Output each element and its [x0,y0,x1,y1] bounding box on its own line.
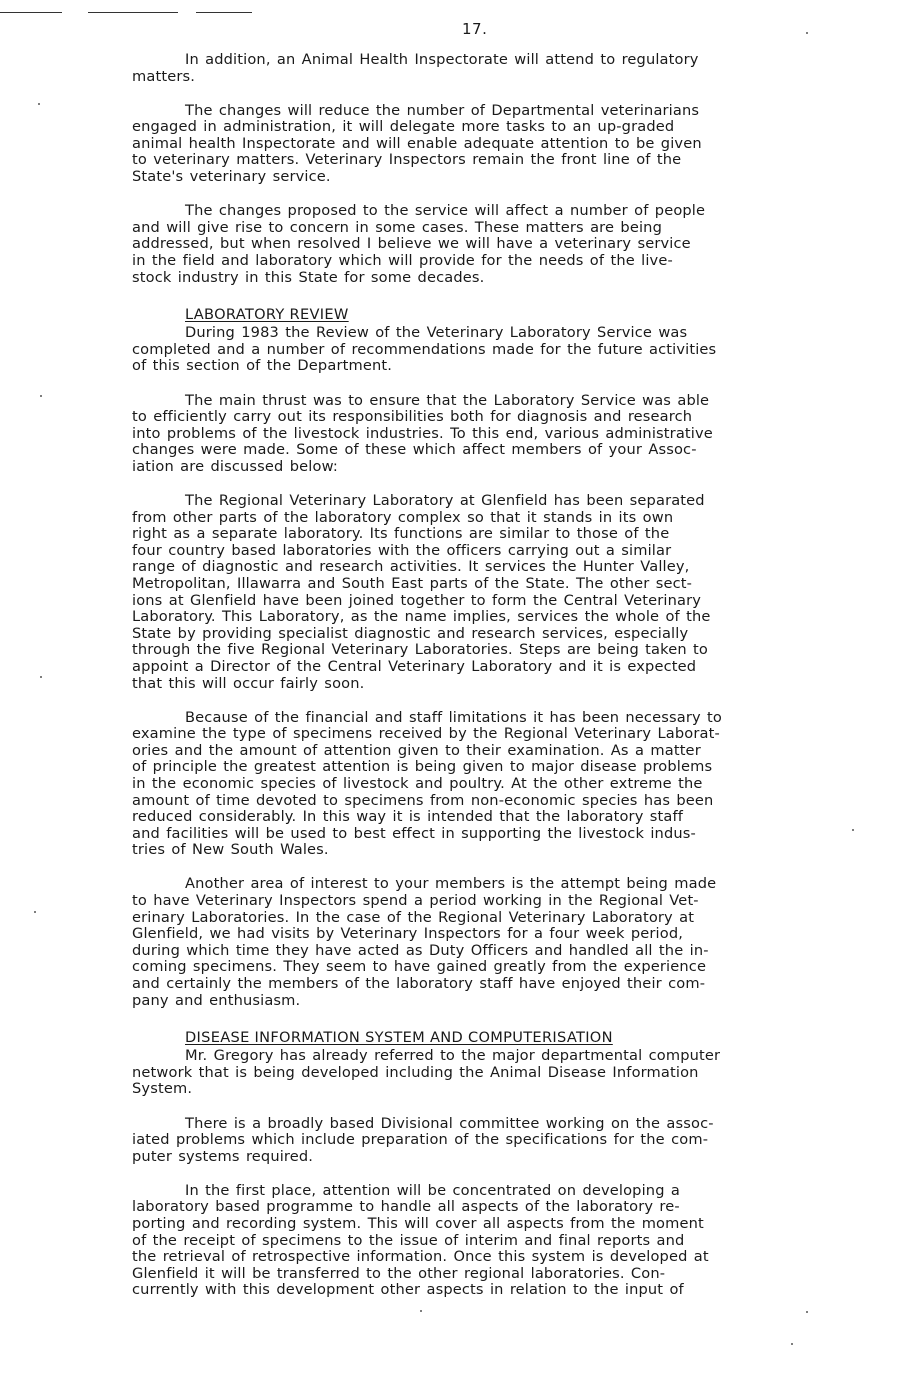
text-line: State by providing specialist diagnostic… [132,626,852,643]
scan-speck [806,32,808,34]
text-line: in the field and laboratory which will p… [132,253,852,270]
text-line: range of diagnostic and research activit… [132,559,852,576]
text-line: laboratory based programme to handle all… [132,1199,852,1216]
scan-speck [40,676,42,678]
text-line: matters. [132,69,852,86]
paragraph: The changes proposed to the service will… [132,203,852,286]
text-line: State's veterinary service. [132,169,852,186]
text-line: during which time they have acted as Dut… [132,943,852,960]
text-line: During 1983 the Review of the Veterinary… [132,325,852,342]
text-line: pany and enthusiasm. [132,993,852,1010]
section-heading: LABORATORY REVIEW [185,307,349,324]
paragraph: There is a broadly based Divisional comm… [132,1116,852,1166]
text-line: In the first place, attention will be co… [132,1183,852,1200]
scan-speck [38,103,40,105]
scan-speck [40,395,42,397]
text-line: Because of the financial and staff limit… [132,710,852,727]
text-line: The main thrust was to ensure that the L… [132,393,852,410]
section-heading: DISEASE INFORMATION SYSTEM AND COMPUTERI… [185,1030,613,1047]
scan-top-rule-1 [0,12,62,13]
scan-top-rule-3 [196,12,252,13]
text-line: the retrieval of retrospective informati… [132,1249,852,1266]
paragraph: Because of the financial and staff limit… [132,710,852,859]
text-line: reduced considerably. In this way it is … [132,809,852,826]
paragraph: In the first place, attention will be co… [132,1183,852,1299]
text-line: in the economic species of livestock and… [132,776,852,793]
text-line: iation are discussed below: [132,459,852,476]
text-line: iated problems which include preparation… [132,1132,852,1149]
text-line: and certainly the members of the laborat… [132,976,852,993]
text-line: changes were made. Some of these which a… [132,442,852,459]
scan-speck [852,829,854,831]
text-line: Metropolitan, Illawarra and South East p… [132,576,852,593]
text-line: examine the type of specimens received b… [132,726,852,743]
text-line: through the five Regional Veterinary Lab… [132,642,852,659]
text-line: There is a broadly based Divisional comm… [132,1116,852,1133]
scan-speck [806,1311,808,1313]
text-line: animal health Inspectorate and will enab… [132,136,852,153]
text-line: Laboratory. This Laboratory, as the name… [132,609,852,626]
text-line: engaged in administration, it will deleg… [132,119,852,136]
page-number: 17. [462,20,487,38]
text-line: and will give rise to concern in some ca… [132,220,852,237]
text-line: System. [132,1081,852,1098]
text-line: Glenfield it will be transferred to the … [132,1266,852,1283]
scan-speck [420,1310,422,1312]
text-line: erinary Laboratories. In the case of the… [132,910,852,927]
text-line: to efficiently carry out its responsibil… [132,409,852,426]
text-line: puter systems required. [132,1149,852,1166]
paragraph: Another area of interest to your members… [132,876,852,1009]
text-line: four country based laboratories with the… [132,543,852,560]
scan-top-rule-2 [88,12,178,13]
paragraph: The main thrust was to ensure that the L… [132,393,852,476]
text-line: Mr. Gregory has already referred to the … [132,1048,852,1065]
text-line: and facilities will be used to best effe… [132,826,852,843]
paragraph: Mr. Gregory has already referred to the … [132,1048,852,1098]
text-line: ions at Glenfield have been joined toget… [132,593,852,610]
text-line: stock industry in this State for some de… [132,270,852,287]
text-line: network that is being developed includin… [132,1065,852,1082]
text-line: The changes proposed to the service will… [132,203,852,220]
text-line: currently with this development other as… [132,1282,852,1299]
text-line: porting and recording system. This will … [132,1216,852,1233]
text-line: to have Veterinary Inspectors spend a pe… [132,893,852,910]
text-line: In addition, an Animal Health Inspectora… [132,52,852,69]
text-line: tries of New South Wales. [132,842,852,859]
paragraph: The changes will reduce the number of De… [132,103,852,186]
text-line: from other parts of the laboratory compl… [132,510,852,527]
paragraph: In addition, an Animal Health Inspectora… [132,52,852,85]
text-line: into problems of the livestock industrie… [132,426,852,443]
text-line: that this will occur fairly soon. [132,676,852,693]
paragraph: The Regional Veterinary Laboratory at Gl… [132,493,852,692]
text-line: of this section of the Department. [132,358,852,375]
document-body: In addition, an Animal Health Inspectora… [132,52,852,1317]
text-line: right as a separate laboratory. Its func… [132,526,852,543]
text-line: ories and the amount of attention given … [132,743,852,760]
text-line: Another area of interest to your members… [132,876,852,893]
text-line: appoint a Director of the Central Veteri… [132,659,852,676]
scan-speck [34,911,36,913]
text-line: of principle the greatest attention is b… [132,759,852,776]
text-line: Glenfield, we had visits by Veterinary I… [132,926,852,943]
text-line: to veterinary matters. Veterinary Inspec… [132,152,852,169]
text-line: The Regional Veterinary Laboratory at Gl… [132,493,852,510]
text-line: coming specimens. They seem to have gain… [132,959,852,976]
text-line: completed and a number of recommendation… [132,342,852,359]
paragraph: During 1983 the Review of the Veterinary… [132,325,852,375]
text-line: addressed, but when resolved I believe w… [132,236,852,253]
text-line: The changes will reduce the number of De… [132,103,852,120]
text-line: amount of time devoted to specimens from… [132,793,852,810]
text-line: of the receipt of specimens to the issue… [132,1233,852,1250]
scan-speck [791,1343,793,1345]
